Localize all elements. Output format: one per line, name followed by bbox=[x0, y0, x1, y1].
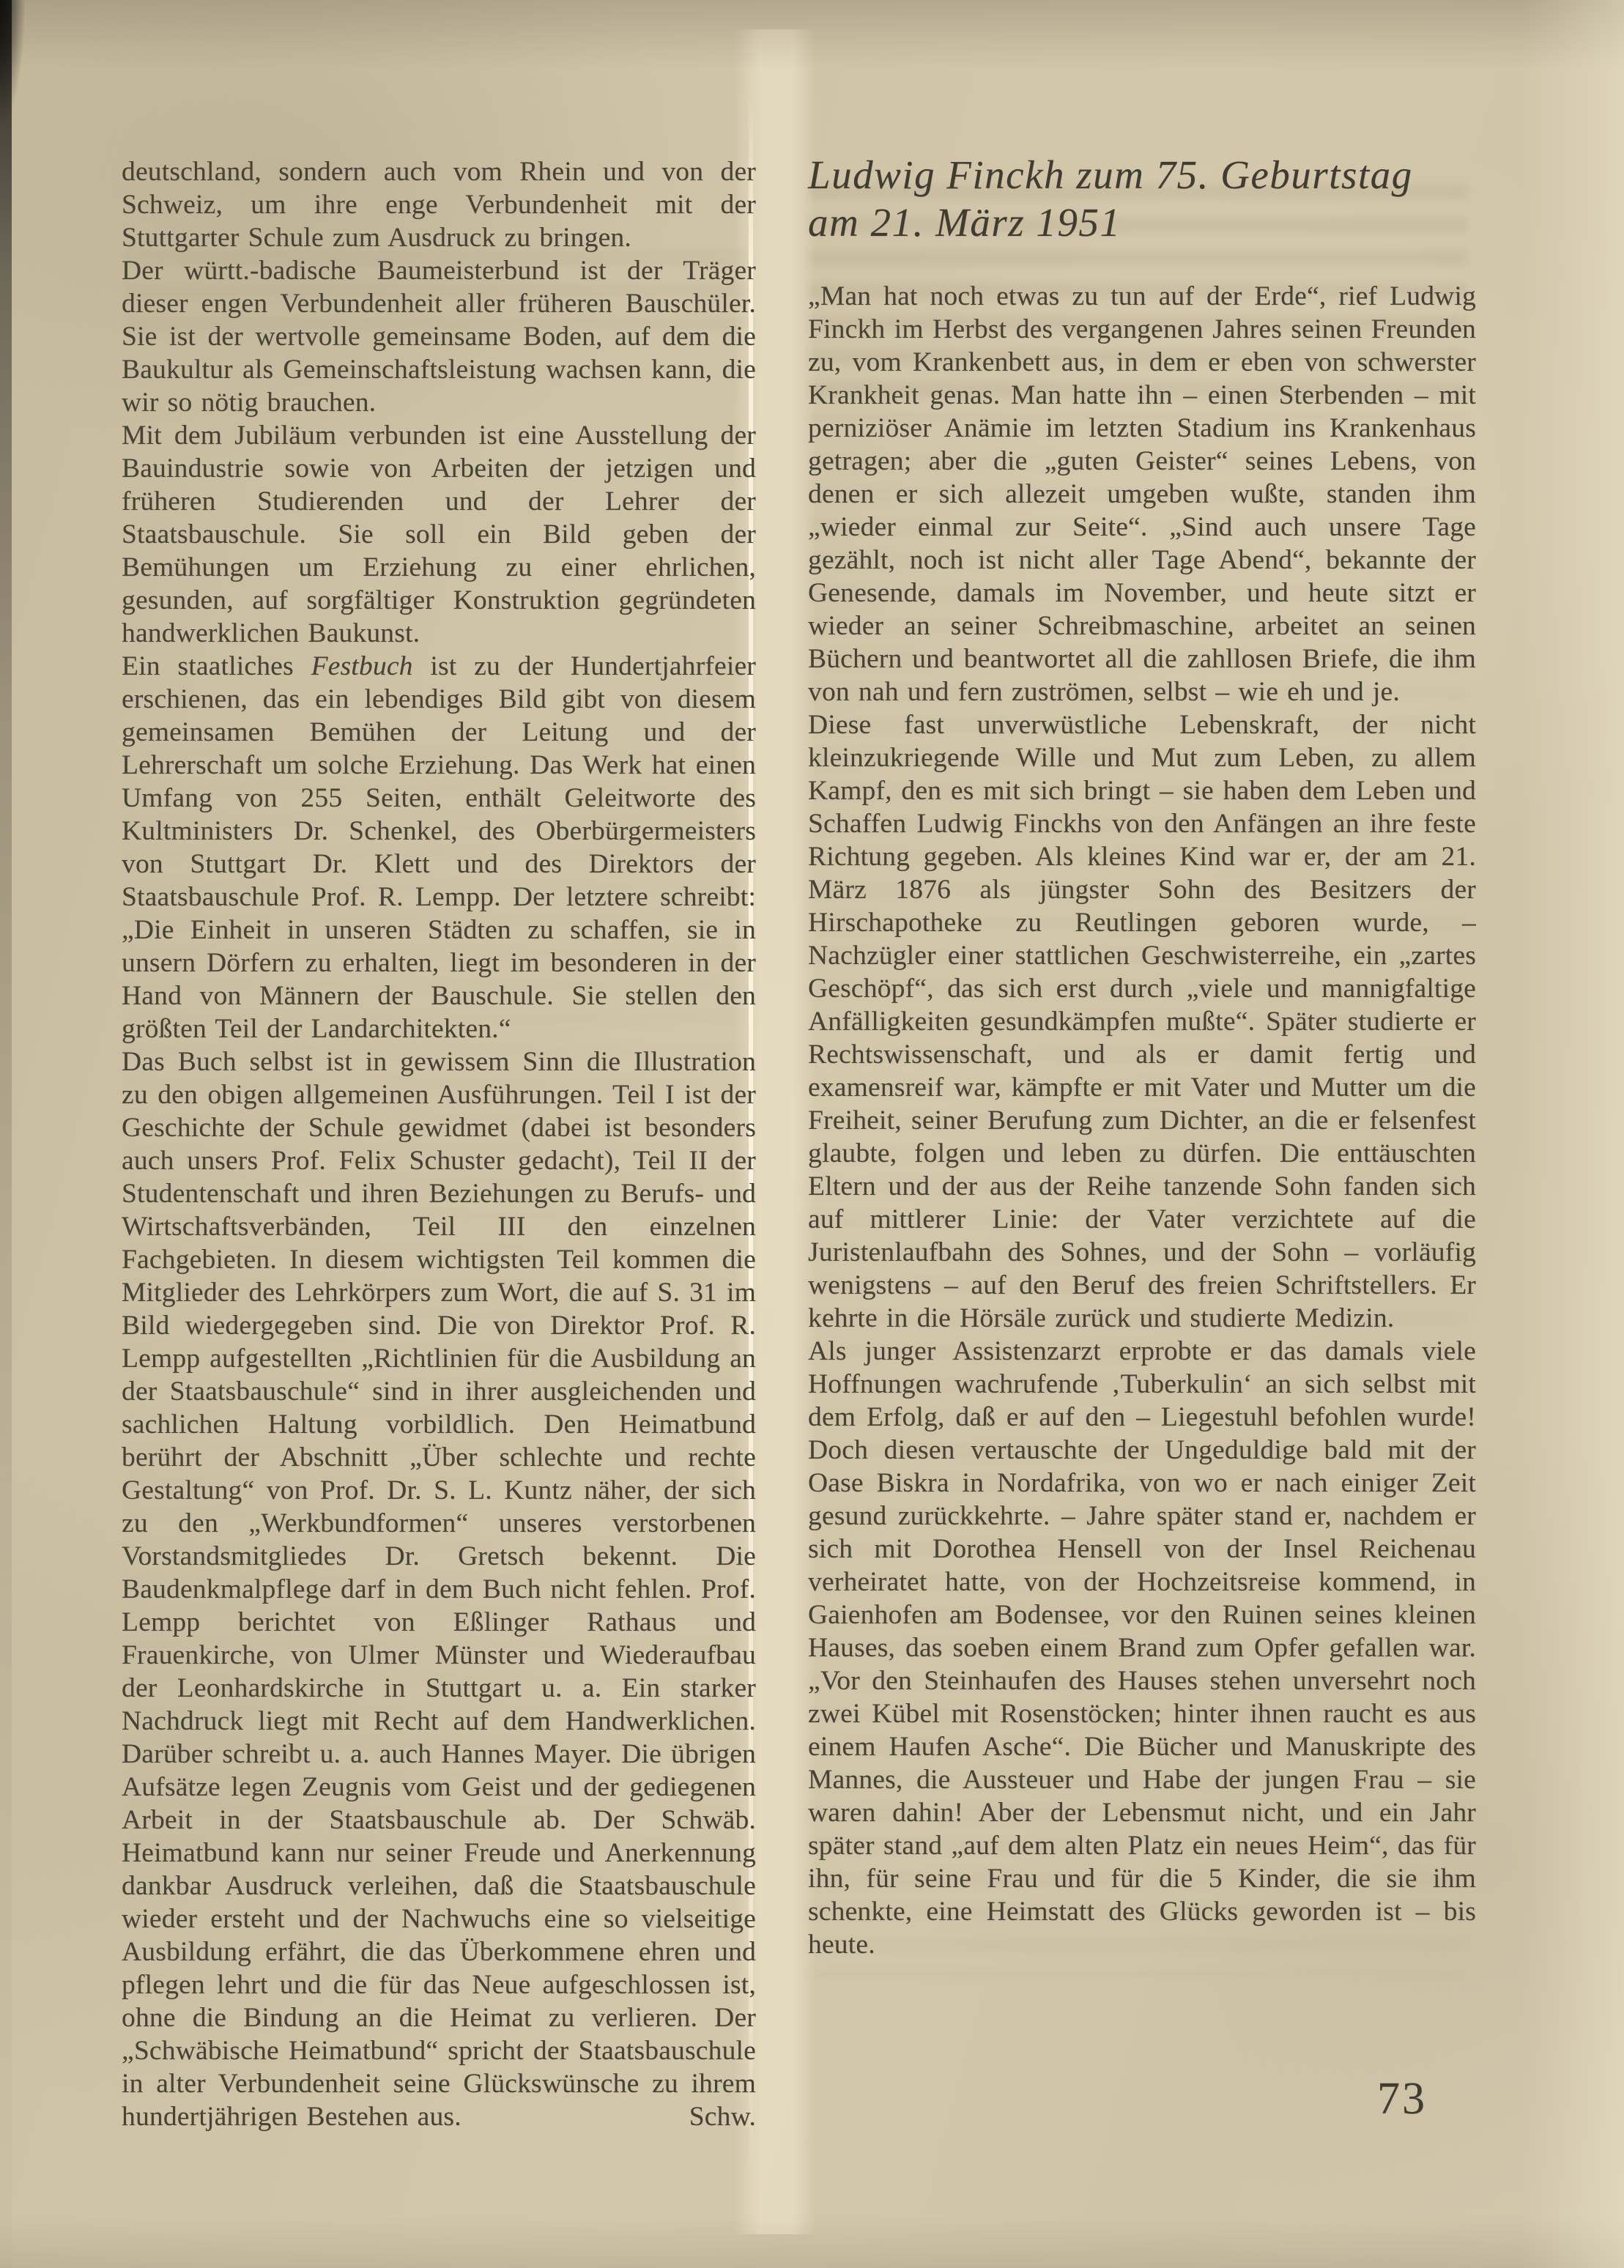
paragraph: Der württ.-badische Baumeisterbund ist d… bbox=[122, 254, 756, 419]
page-edge-left bbox=[0, 0, 12, 2268]
text-run: Ein staatliches bbox=[122, 651, 311, 681]
paragraph: Diese fast unverwüstliche Lebenskraft, d… bbox=[808, 708, 1476, 1335]
scanned-page: deutschland, sondern auch vom Rhein und … bbox=[0, 0, 1624, 2268]
text-run: ist zu der Hundertjahrfeier erschienen, … bbox=[122, 651, 756, 1044]
author-abbreviation: Schw. bbox=[689, 2100, 756, 2133]
text-run: Der württ.-badische Baumeisterbund ist d… bbox=[122, 256, 756, 418]
page-corner-shadow bbox=[0, 0, 25, 125]
text-run: Mit dem Jubiläum verbunden ist eine Auss… bbox=[122, 420, 756, 648]
page-edge-bottom bbox=[0, 2217, 1624, 2268]
article-title-line1: Ludwig Finckh zum 75. Geburtstag bbox=[808, 151, 1476, 199]
right-column: Ludwig Finckh zum 75. Geburtstag am 21. … bbox=[808, 151, 1476, 1961]
right-column-text: „Man hat noch etwas zu tun auf der Erde“… bbox=[808, 280, 1476, 1961]
paragraph: Ein staatliches Festbuch ist zu der Hund… bbox=[122, 650, 756, 1045]
text-run: Das Buch selbst ist in gewissem Sinn die… bbox=[122, 1047, 756, 2132]
paragraph: deutschland, sondern auch vom Rhein und … bbox=[122, 155, 756, 254]
page-number: 73 bbox=[1377, 2076, 1427, 2121]
paragraph: Das Buch selbst ist in gewissem Sinn die… bbox=[122, 1045, 756, 2133]
paragraph: Mit dem Jubiläum verbunden ist eine Auss… bbox=[122, 419, 756, 650]
text-run: Als junger Assistenzarzt erprobte er das… bbox=[808, 1336, 1476, 1960]
italic-text-run: Festbuch bbox=[311, 651, 413, 681]
page-edge-right bbox=[1521, 0, 1624, 2268]
page-edge-top bbox=[0, 0, 1624, 70]
text-run: Diese fast unverwüstliche Lebenskraft, d… bbox=[808, 710, 1476, 1333]
paragraph: Als junger Assistenzarzt erprobte er das… bbox=[808, 1335, 1476, 1961]
paragraph: „Man hat noch etwas zu tun auf der Erde“… bbox=[808, 280, 1476, 708]
text-run: „Man hat noch etwas zu tun auf der Erde“… bbox=[808, 281, 1476, 707]
article-title: Ludwig Finckh zum 75. Geburtstag am 21. … bbox=[808, 151, 1476, 246]
left-column-text: deutschland, sondern auch vom Rhein und … bbox=[122, 155, 756, 2133]
article-title-line2: am 21. März 1951 bbox=[808, 199, 1476, 246]
text-run: deutschland, sondern auch vom Rhein und … bbox=[122, 157, 756, 253]
left-column: deutschland, sondern auch vom Rhein und … bbox=[122, 155, 756, 2133]
